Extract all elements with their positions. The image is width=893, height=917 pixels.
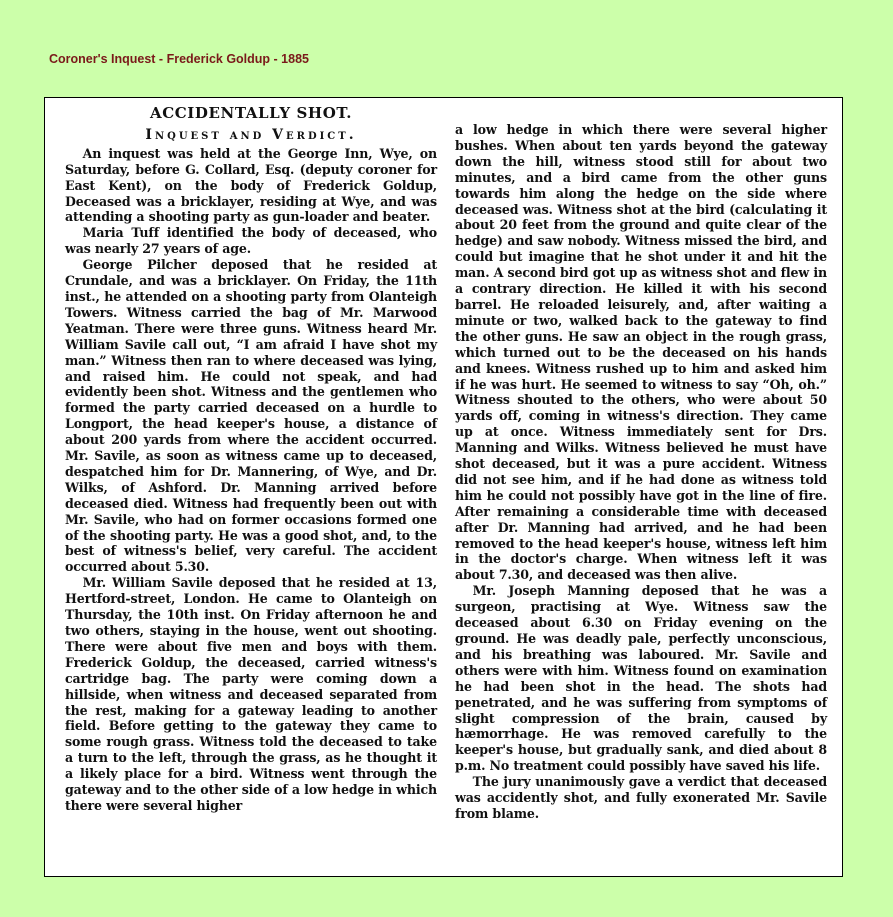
paragraph-verdict: The jury unanimously gave a verdict that… [455, 774, 827, 822]
headline: ACCIDENTALLY SHOT. [65, 106, 437, 122]
paragraph-maria-tuff: Maria Tuff identified the body of deceas… [65, 225, 437, 257]
paragraph-william-savile: Mr. William Savile deposed that he resid… [65, 575, 437, 814]
left-column: ACCIDENTALLY SHOT. Inquest and Verdict. … [65, 106, 437, 814]
paragraph-inquest-intro: An inquest was held at the George Inn, W… [65, 146, 437, 226]
subheadline: Inquest and Verdict. [65, 128, 437, 144]
paragraph-george-pilcher: George Pilcher deposed that he resided a… [65, 257, 437, 575]
paragraph-savile-continued: a low hedge in which there were several … [455, 122, 827, 583]
newspaper-clipping: ACCIDENTALLY SHOT. Inquest and Verdict. … [44, 97, 843, 877]
paragraph-joseph-manning: Mr. Joseph Manning deposed that he was a… [455, 583, 827, 774]
page-title: Coroner's Inquest - Frederick Goldup - 1… [49, 52, 309, 66]
right-column: a low hedge in which there were several … [455, 122, 827, 822]
